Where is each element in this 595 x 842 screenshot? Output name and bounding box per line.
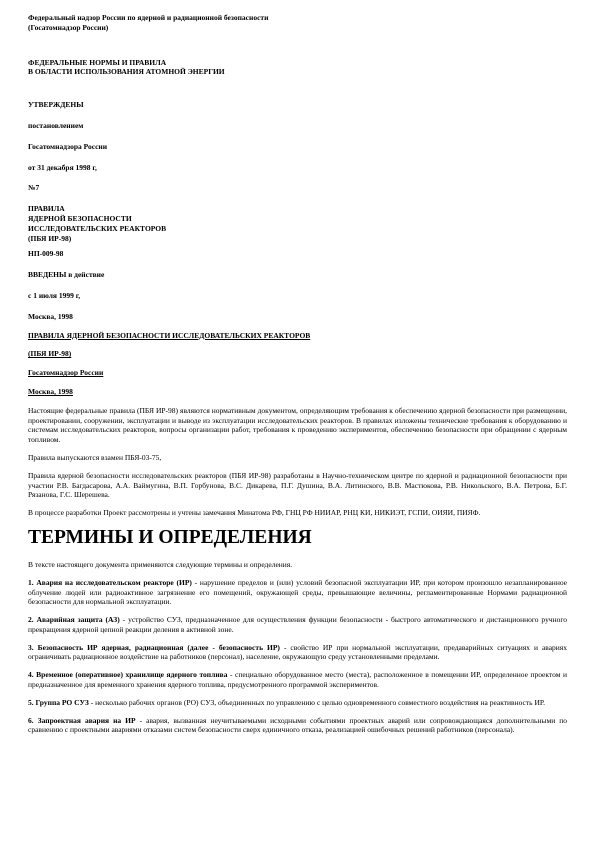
agency-short-name: (Госатомнадзор России) xyxy=(28,23,567,33)
term-number: 1. xyxy=(28,578,34,587)
approved-authority: Госатомнадзора России xyxy=(28,142,567,152)
term-name: Аварийная защита (АЗ) xyxy=(37,615,120,624)
term-name: Запроектная авария на ИР xyxy=(38,716,136,725)
document-page: Федеральный надзор России по ядерной и р… xyxy=(0,0,595,842)
term-name: Авария на исследовательском реакторе (ИР… xyxy=(36,578,192,587)
approved-by: постановлением xyxy=(28,121,567,131)
approved-number: №7 xyxy=(28,183,567,193)
underlined-main-title: ПРАВИЛА ЯДЕРНОЙ БЕЗОПАСНОСТИ ИССЛЕДОВАТЕ… xyxy=(28,331,567,341)
title-line-1: ПРАВИЛА xyxy=(28,204,567,214)
effective-label: ВВЕДЕНЫ в действие xyxy=(28,270,567,280)
term-number: 2. xyxy=(28,615,34,624)
term-number: 6. xyxy=(28,716,34,725)
term-number: 5. xyxy=(28,698,34,707)
underlined-code: (ПБЯ ИР-98) xyxy=(28,349,567,359)
agency-block: Федеральный надзор России по ядерной и р… xyxy=(28,13,567,33)
terms-intro: В тексте настоящего документа применяютс… xyxy=(28,560,567,570)
term-name: Временное (оперативное) хранилище ядерно… xyxy=(36,670,227,679)
title-line-3: ИССЛЕДОВАТЕЛЬСКИХ РЕАКТОРОВ xyxy=(28,224,567,234)
underlined-authority: Госатомнадзор России xyxy=(28,368,567,378)
effective-date: с 1 июля 1999 г, xyxy=(28,291,567,301)
term-item-1: 1. Авария на исследовательском реакторе … xyxy=(28,578,567,607)
fnp-block: ФЕДЕРАЛЬНЫЕ НОРМЫ И ПРАВИЛА В ОБЛАСТИ ИС… xyxy=(28,58,567,78)
doc-code: НП-009-98 xyxy=(28,249,567,259)
city-year: Москва, 1998 xyxy=(28,312,567,322)
term-item-3: 3. Безопасность ИР ядерная, радиационная… xyxy=(28,643,567,663)
preamble-paragraph-4: В процессе разработки Проект рассмотрены… xyxy=(28,508,567,518)
preamble-paragraph-3: Правила ядерной безопасности исследовате… xyxy=(28,471,567,500)
term-number: 3. xyxy=(28,643,34,652)
term-item-6: 6. Запроектная авария на ИР - авария, вы… xyxy=(28,716,567,736)
term-number: 4. xyxy=(28,670,34,679)
document-title-block: ПРАВИЛА ЯДЕРНОЙ БЕЗОПАСНОСТИ ИССЛЕДОВАТЕ… xyxy=(28,204,567,243)
approved-date: от 31 декабря 1998 г, xyxy=(28,163,567,173)
term-item-4: 4. Временное (оперативное) хранилище яде… xyxy=(28,670,567,690)
fnp-line2: В ОБЛАСТИ ИСПОЛЬЗОВАНИЯ АТОМНОЙ ЭНЕРГИИ xyxy=(28,67,567,77)
term-item-5: 5. Группа РО СУЗ - несколько рабочих орг… xyxy=(28,698,567,708)
term-name: Безопасность ИР ядерная, радиационная (д… xyxy=(38,643,280,652)
agency-name: Федеральный надзор России по ядерной и р… xyxy=(28,13,567,23)
term-definition: - несколько рабочих органов (РО) СУЗ, об… xyxy=(91,698,545,707)
terms-section-heading: ТЕРМИНЫ И ОПРЕДЕЛЕНИЯ xyxy=(28,526,567,549)
preamble-paragraph-1: Настоящие федеральные правила (ПБЯ ИР-98… xyxy=(28,406,567,445)
term-item-2: 2. Аварийная защита (АЗ) - устройство СУ… xyxy=(28,615,567,635)
title-line-2: ЯДЕРНОЙ БЕЗОПАСНОСТИ xyxy=(28,214,567,224)
term-name: Группа РО СУЗ xyxy=(36,698,89,707)
approved-label: УТВЕРЖДЕНЫ xyxy=(28,100,567,110)
fnp-line1: ФЕДЕРАЛЬНЫЕ НОРМЫ И ПРАВИЛА xyxy=(28,58,567,68)
underlined-city-year: Москва, 1998 xyxy=(28,387,567,397)
title-line-4: (ПБЯ ИР-98) xyxy=(28,234,567,244)
preamble-paragraph-2: Правила выпускаются взамен ПБЯ-03-75, xyxy=(28,453,567,463)
